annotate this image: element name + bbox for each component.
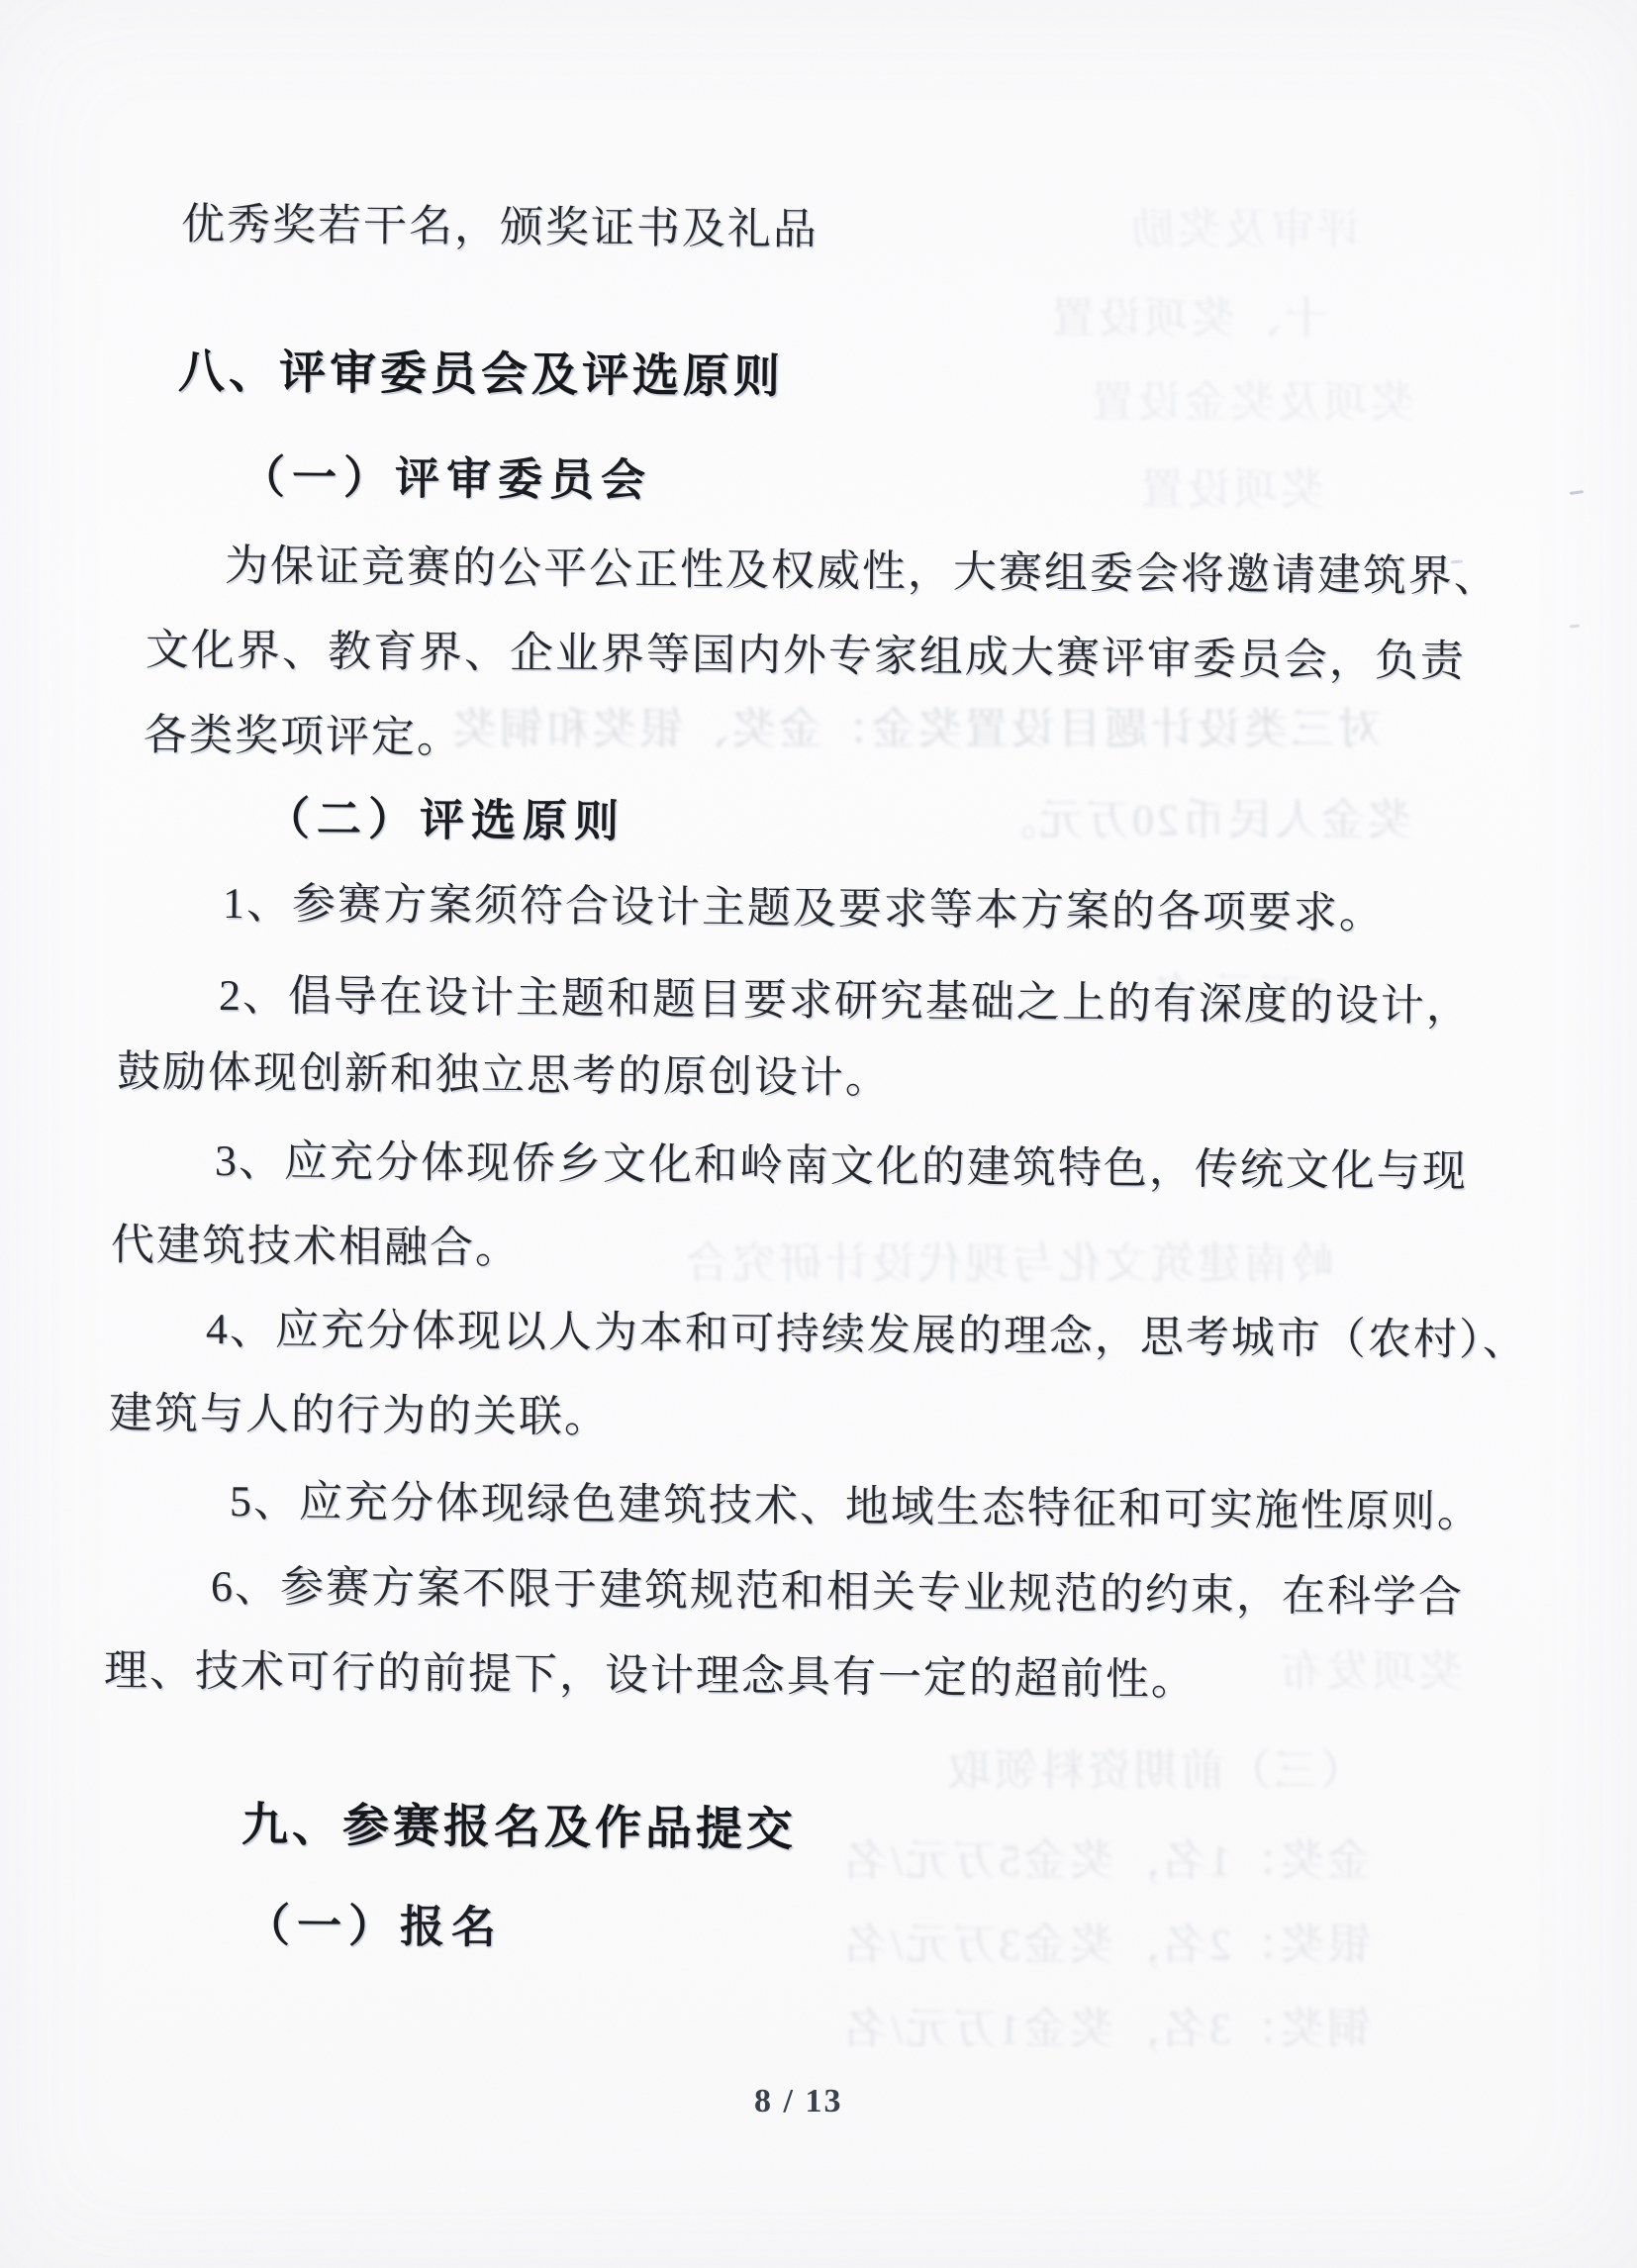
bleedthrough-ghost-text: 岭南建筑文化与现代设计研究合	[683, 1228, 1334, 1291]
bleedthrough-ghost-text: 金奖：1名，奖金5万元/名	[841, 1824, 1371, 1888]
list-item-2-continued: 鼓励体现创新和独立思考的原创设计。	[117, 1035, 892, 1106]
list-item-3: 3、应充分体现侨乡文化和岭南文化的建筑特色，传统文化与现	[215, 1125, 1469, 1199]
bleedthrough-ghost-text: 对三类设计题目设置奖金：金奖、银奖和铜奖	[450, 693, 1381, 756]
bleedthrough-ghost-text: 评审及奖励	[1128, 193, 1361, 256]
bleedthrough-ghost-text: 银奖：2名，奖金3万元/名	[841, 1909, 1371, 1972]
list-item-1: 1、参赛方案须符合设计主题及要求等本方案的各项要求。	[223, 867, 1386, 940]
subsection-heading-registration: （一）报名	[245, 1889, 504, 1955]
page-number: 8 / 13	[754, 2083, 842, 2120]
body-line: 文化界、教育界、企业界等国内外专家组成大赛评审委员会，负责	[145, 614, 1467, 689]
list-item-4-continued: 建筑与人的行为的关联。	[109, 1377, 611, 1444]
section-heading-9: 九、参赛报名及作品提交	[241, 1788, 798, 1859]
body-line: 优秀奖若干名，颁奖证书及礼品	[181, 188, 819, 257]
subsection-heading-criteria: （二）评选原则	[265, 782, 626, 849]
bleedthrough-ghost-text: 奖金人民币20万元。	[990, 784, 1411, 847]
subsection-heading-jury-committee: （一）评审委员会	[241, 441, 653, 509]
list-item-3-continued: 代建筑技术相融合。	[111, 1209, 522, 1276]
bleedthrough-ghost-text: 奖项设置	[1138, 453, 1324, 517]
bleedthrough-ghost-text: 奖项及奖金设置	[1089, 366, 1414, 430]
bleedthrough-ghost-text: 十、奖项设置	[1049, 282, 1328, 345]
bleedthrough-ghost-text: 奖项发布	[1277, 1635, 1463, 1699]
list-item-2: 2、倡导在设计主题和题目要求研究基础之上的有深度的设计，	[219, 959, 1473, 1034]
list-item-5: 5、应充分体现绿色建筑技术、地域生态特征和可实施性原则。	[230, 1465, 1484, 1539]
scan-artifact	[1570, 490, 1584, 495]
list-item-4: 4、应充分体现以人为本和可持续发展的理念，思考城市（农村）、	[206, 1293, 1529, 1368]
bleedthrough-ghost-text: 铜奖：3名，奖金1万元/名	[841, 1993, 1371, 2056]
scan-artifact	[1570, 624, 1580, 628]
list-item-6-continued: 理、技术可行的前提下，设计理念具有一定的超前性。	[104, 1634, 1198, 1708]
scanned-document-page: 评审及奖励 十、奖项设置 奖项及奖金设置 奖项设置 对三类设计题目设置奖金：金奖…	[0, 0, 1637, 2268]
bleedthrough-ghost-text: （三）前期资料领取	[945, 1734, 1364, 1798]
list-item-6: 6、参赛方案不限于建筑规范和相关专业规范的约束，在科学合	[211, 1550, 1465, 1625]
body-line: 为保证竞赛的公平公正性及权威性，大赛组委会将邀请建筑界、	[225, 530, 1500, 604]
body-line: 各类奖项评定。	[144, 699, 463, 765]
section-heading-8: 八、评审委员会及评选原则	[178, 335, 785, 406]
